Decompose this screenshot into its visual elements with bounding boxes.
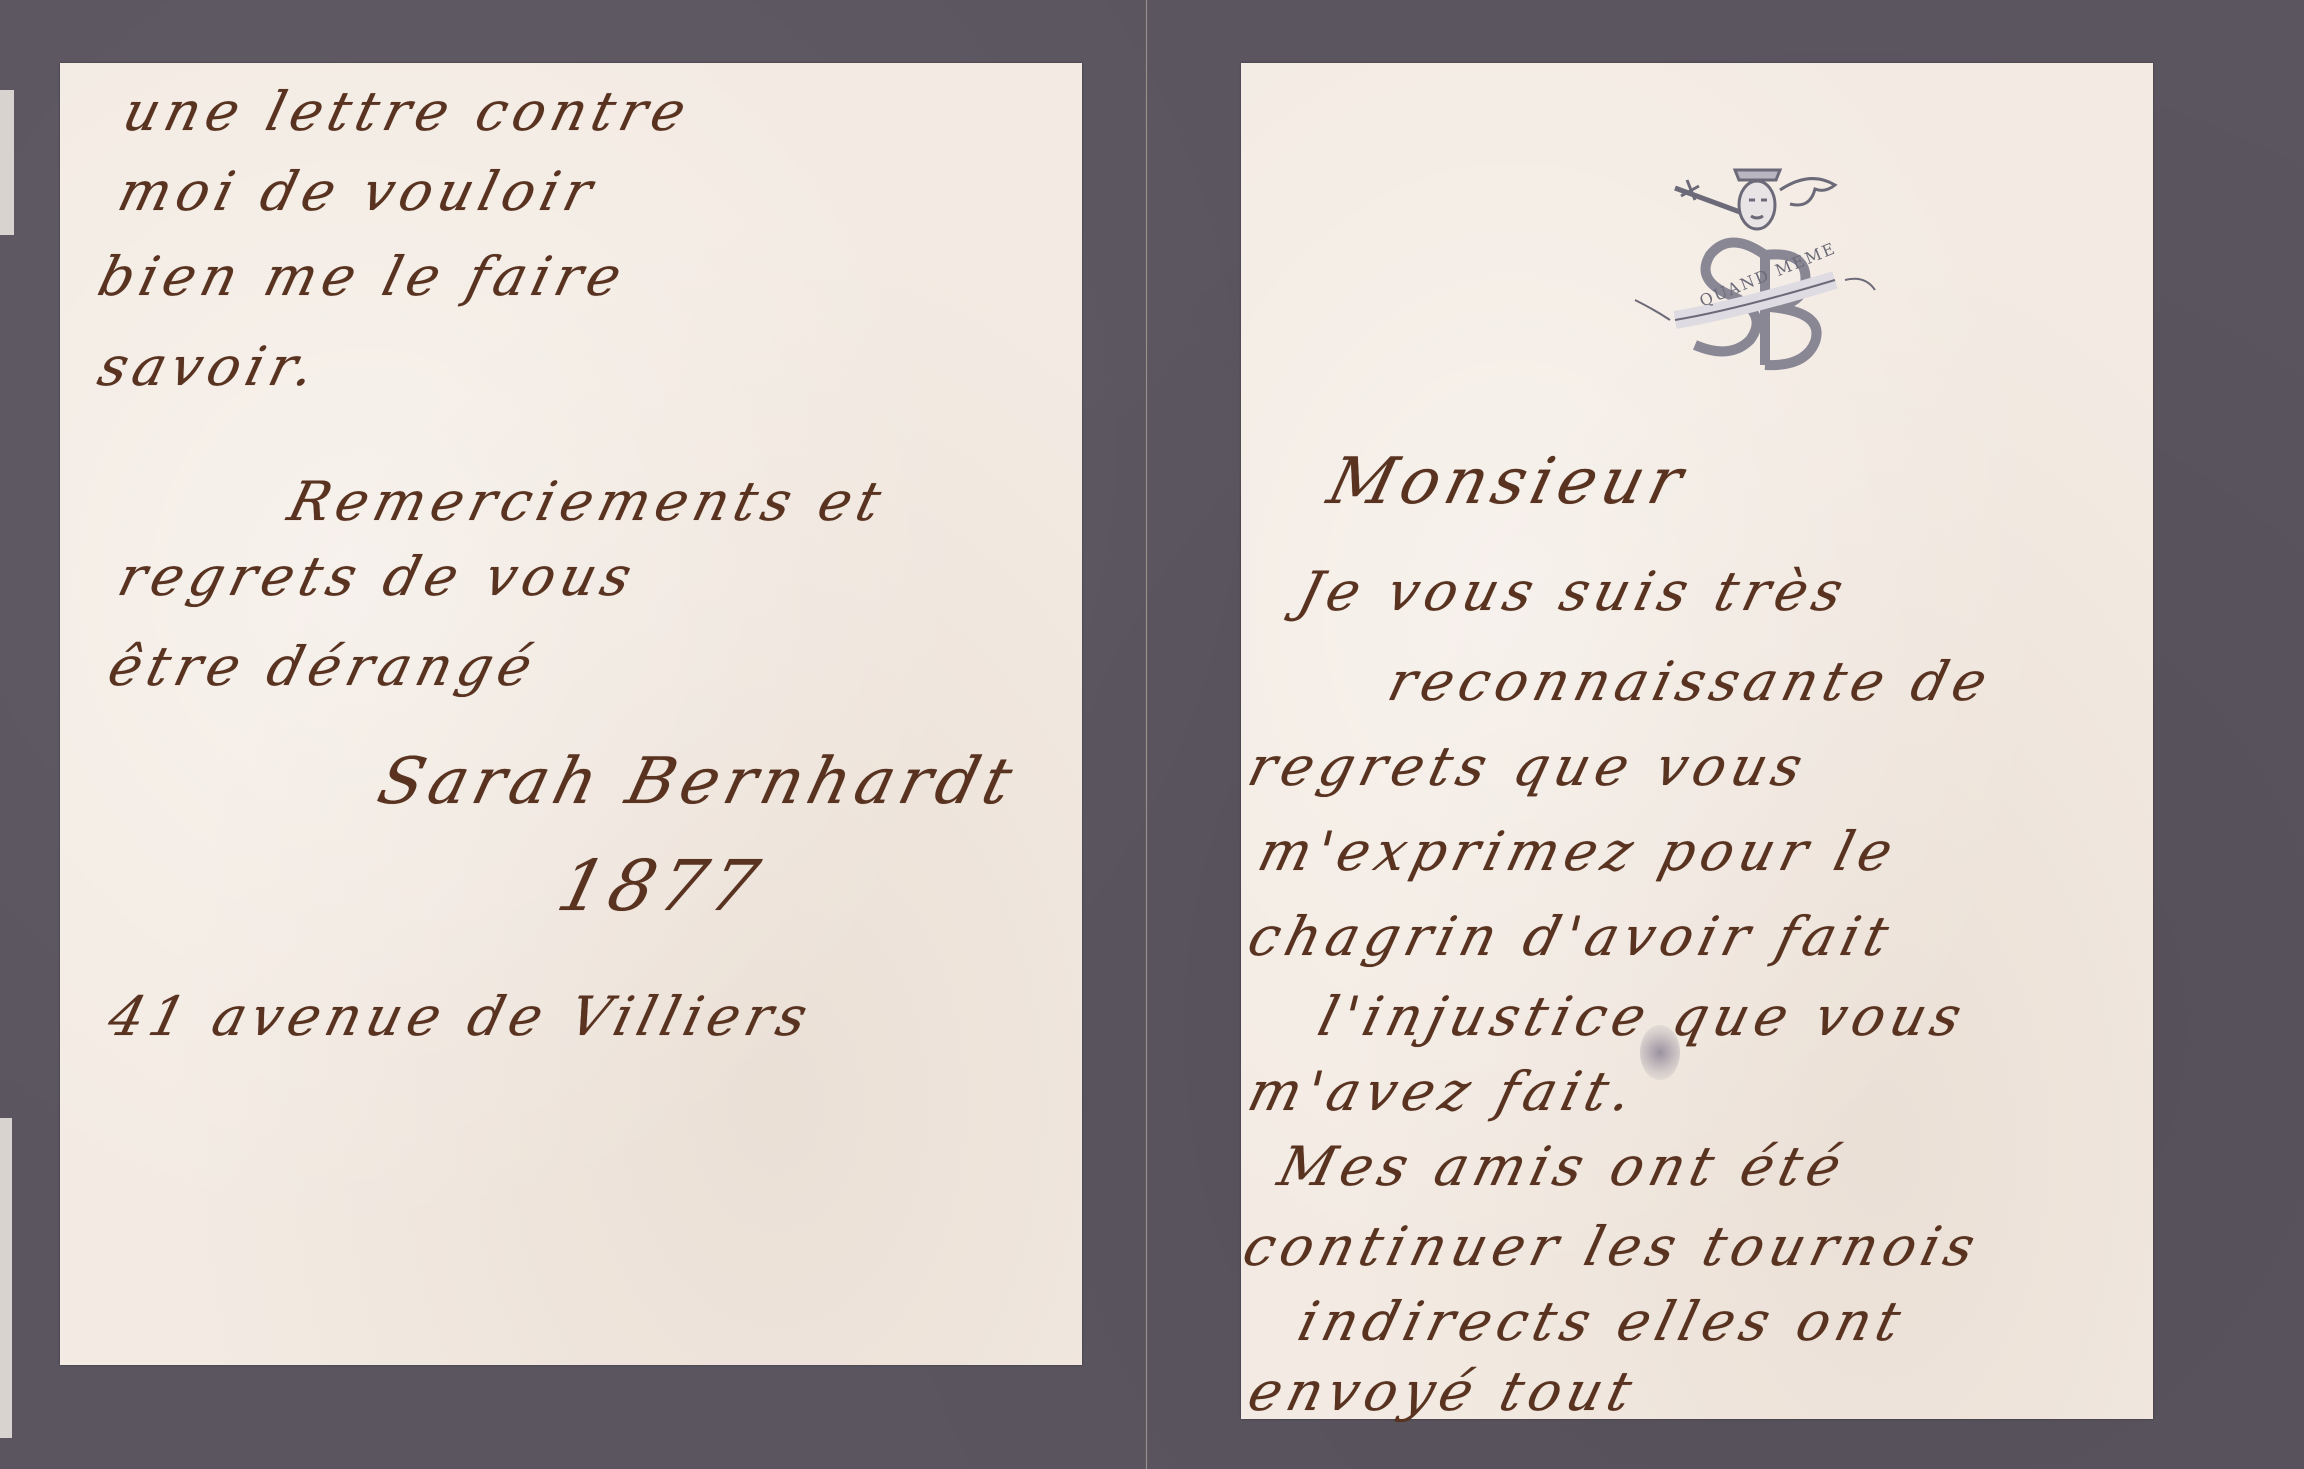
left-line-6: regrets de vous <box>112 545 644 608</box>
left-line-7: être dérangé <box>102 635 544 698</box>
right-line-1: Je vous suis très <box>1292 560 1855 623</box>
address-line: 41 avenue de Villiers <box>102 985 819 1048</box>
center-fold <box>1145 0 1148 1469</box>
adjacent-page-edge-top <box>0 90 14 235</box>
letter-year: 1877 <box>550 845 773 927</box>
salutation: Monsieur <box>1321 445 1696 519</box>
right-line-4: m'exprimez pour le <box>1252 820 1905 883</box>
left-line-3: bien me le faire <box>92 245 633 308</box>
right-line-10: indirects elles ont <box>1292 1290 1913 1353</box>
right-line-3: regrets que vous <box>1242 735 1814 798</box>
left-line-5: Remerciements et <box>282 470 893 533</box>
right-line-9: continuer les tournois <box>1237 1215 1987 1278</box>
adjacent-page-edge-bottom <box>0 1118 12 1438</box>
right-line-7: m'avez fait. <box>1242 1060 1644 1123</box>
left-line-1: une lettre contre <box>117 80 698 143</box>
left-line-4: savoir. <box>92 335 327 398</box>
right-line-8: Mes amis ont été <box>1272 1135 1853 1198</box>
signature: Sarah Bernhardt <box>371 745 1025 819</box>
right-line-11: envoyé tout <box>1242 1360 1644 1423</box>
right-line-5: chagrin d'avoir fait <box>1242 905 1901 968</box>
ink-stain <box>1640 1025 1680 1080</box>
left-line-2: moi de vouloir <box>112 160 604 223</box>
right-line-2: reconnaissante de <box>1382 650 1999 713</box>
